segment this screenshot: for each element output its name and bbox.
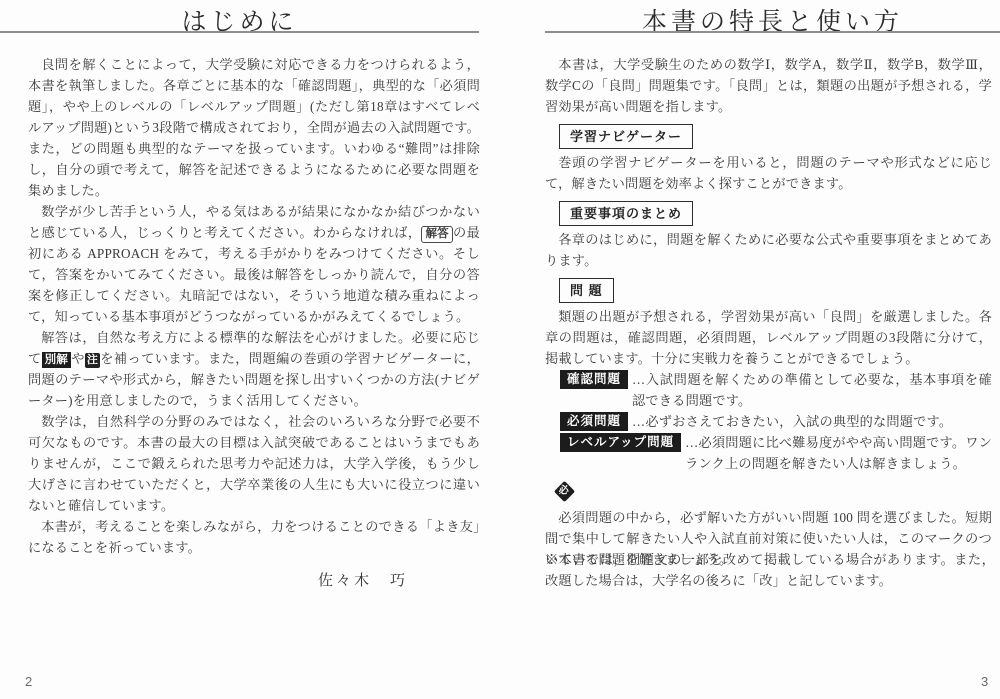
hisshu-diamond-mark-icon: 必 xyxy=(554,481,575,502)
right-page-body: 本書は，大学受験生のための数学Ⅰ，数学A，数学Ⅱ，数学B，数学Ⅲ，数学Cの「良問… xyxy=(545,54,992,570)
hissu-mondai-badge: 必須問題 xyxy=(560,412,628,431)
bekkai-badge: 別解 xyxy=(42,352,71,368)
section-label-navigator: 学習ナビゲーター xyxy=(559,124,693,149)
section-body-problems: 類題の出題が予想される，学習効果が高い「良問」を厳選しました。各章の問題は，確認… xyxy=(545,306,992,369)
author-signature: 佐々木 巧 xyxy=(28,571,480,592)
right-intro-paragraph: 本書は，大学受験生のための数学Ⅰ，数学A，数学Ⅱ，数学B，数学Ⅲ，数学Cの「良問… xyxy=(545,54,992,117)
kakunin-mondai-description: …入試問題を解くための準備として必要な，基本事項を確認できる問題です。 xyxy=(632,369,992,411)
hisshu-mark-character: 必 xyxy=(559,486,569,496)
left-paragraph-5: 本書が，考えることを楽しみながら，力をつけることのできる「よき友」になることを祈… xyxy=(28,516,480,558)
left-paragraph-4: 数学は，自然科学の分野のみではなく，社会のいろいろな分野で必要不可欠なものです。… xyxy=(28,411,480,516)
levelup-mondai-badge: レベルアップ問題 xyxy=(560,433,681,452)
levelup-mondai-description: …必須問題に比べ難易度がやや高い問題です。ワンランク上の問題を解きたい人は解きま… xyxy=(685,432,992,474)
book-spread: はじめに 良問を解くことによって，大学受験に対応できる力をつけられるよう，本書を… xyxy=(0,0,1000,699)
left-page-body: 良問を解くことによって，大学受験に対応できる力をつけられるよう，本書を執筆しまし… xyxy=(28,54,480,592)
left-paragraph-2: 数学が少し苦手という人，やる気はあるが結果になかなか結びつかないと感じている人，… xyxy=(28,201,480,327)
left-paragraph-3: 解答は，自然な考え方による標準的な解法を心がけました。必要に応じて別解や注を補っ… xyxy=(28,327,480,411)
chu-note-icon: 注 xyxy=(85,353,100,368)
problem-type-row-kakunin: 確認問題 …入試問題を解くための準備として必要な，基本事項を確認できる問題です。 xyxy=(560,369,992,411)
hissu-mondai-description: …必ずおさえておきたい，入試の典型的な問題です。 xyxy=(632,411,992,432)
left-title-rule xyxy=(0,31,479,33)
section-label-problems: 問 題 xyxy=(559,278,614,303)
right-page-number: 3 xyxy=(981,674,988,689)
section-body-navigator: 巻頭の学習ナビゲーターを用いると，問題のテーマや形式などに応じて，解きたい問題を… xyxy=(545,152,992,194)
section-label-summary: 重要事項のまとめ xyxy=(559,201,693,226)
left-page-number: 2 xyxy=(25,674,32,689)
kakunin-mondai-badge: 確認問題 xyxy=(560,370,628,389)
problem-type-row-hissu: 必須問題 …必ずおさえておきたい，入試の典型的な問題です。 xyxy=(560,411,992,432)
right-title-rule xyxy=(545,31,1000,33)
left-paragraph-1: 良問を解くことによって，大学受験に対応できる力をつけられるよう，本書を執筆しまし… xyxy=(28,54,480,201)
section-body-summary: 各章のはじめに，問題を解くために必要な公式や重要事項をまとめてあります。 xyxy=(545,229,992,271)
kaitou-boxed-label: 解答 xyxy=(421,226,452,243)
right-page-footnote: ※本書では，問題文の一部を改めて掲載している場合があります。また，改題した場合は… xyxy=(545,549,995,591)
problem-type-row-levelup: レベルアップ問題 …必須問題に比べ難易度がやや高い問題です。ワンランク上の問題を… xyxy=(560,432,992,474)
para2-text-before: 数学が少し苦手という人，やる気はあるが結果になかなか結びつかないと感じている人，… xyxy=(28,204,480,240)
para3-text-middle: や xyxy=(71,351,85,366)
footnote-text: ※本書では，問題文の一部を改めて掲載している場合があります。また，改題した場合は… xyxy=(545,549,995,591)
